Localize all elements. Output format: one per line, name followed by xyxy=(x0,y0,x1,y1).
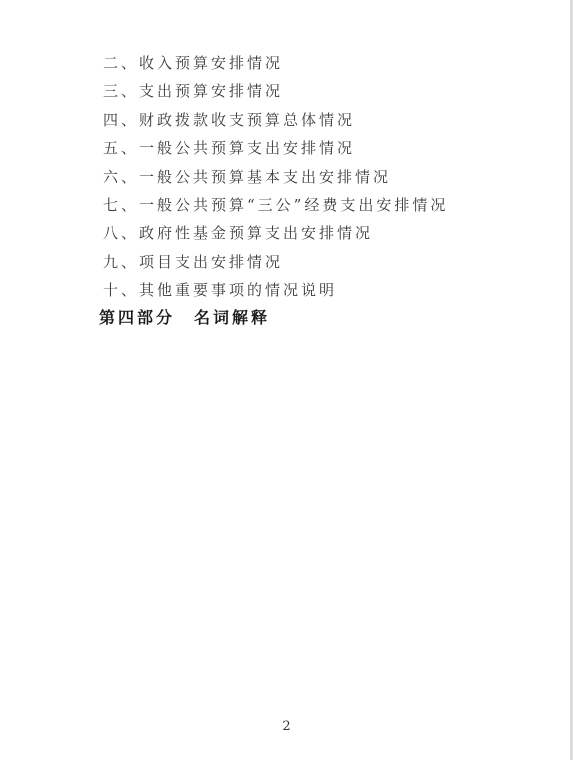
toc-item: 六、一般公共预算基本支出安排情况 xyxy=(103,163,543,191)
toc-item: 九、项目支出安排情况 xyxy=(103,248,543,276)
document-page: 二、收入预算安排情况 三、支出预算安排情况 四、财政拨款收支预算总体情况 五、一… xyxy=(0,0,573,760)
toc-item: 四、财政拨款收支预算总体情况 xyxy=(103,106,543,134)
toc-item: 七、一般公共预算“三公”经费支出安排情况 xyxy=(103,191,543,219)
page-number: 2 xyxy=(0,719,573,734)
toc-item: 八、政府性基金预算支出安排情况 xyxy=(103,219,543,247)
toc-item: 十、其他重要事项的情况说明 xyxy=(103,276,543,304)
section-heading: 第四部分 名词解释 xyxy=(99,304,270,332)
toc-item: 五、一般公共预算支出安排情况 xyxy=(103,134,543,162)
toc-item: 二、收入预算安排情况 xyxy=(103,49,543,77)
table-of-contents: 二、收入预算安排情况 三、支出预算安排情况 四、财政拨款收支预算总体情况 五、一… xyxy=(103,49,543,305)
toc-item: 三、支出预算安排情况 xyxy=(103,77,543,105)
